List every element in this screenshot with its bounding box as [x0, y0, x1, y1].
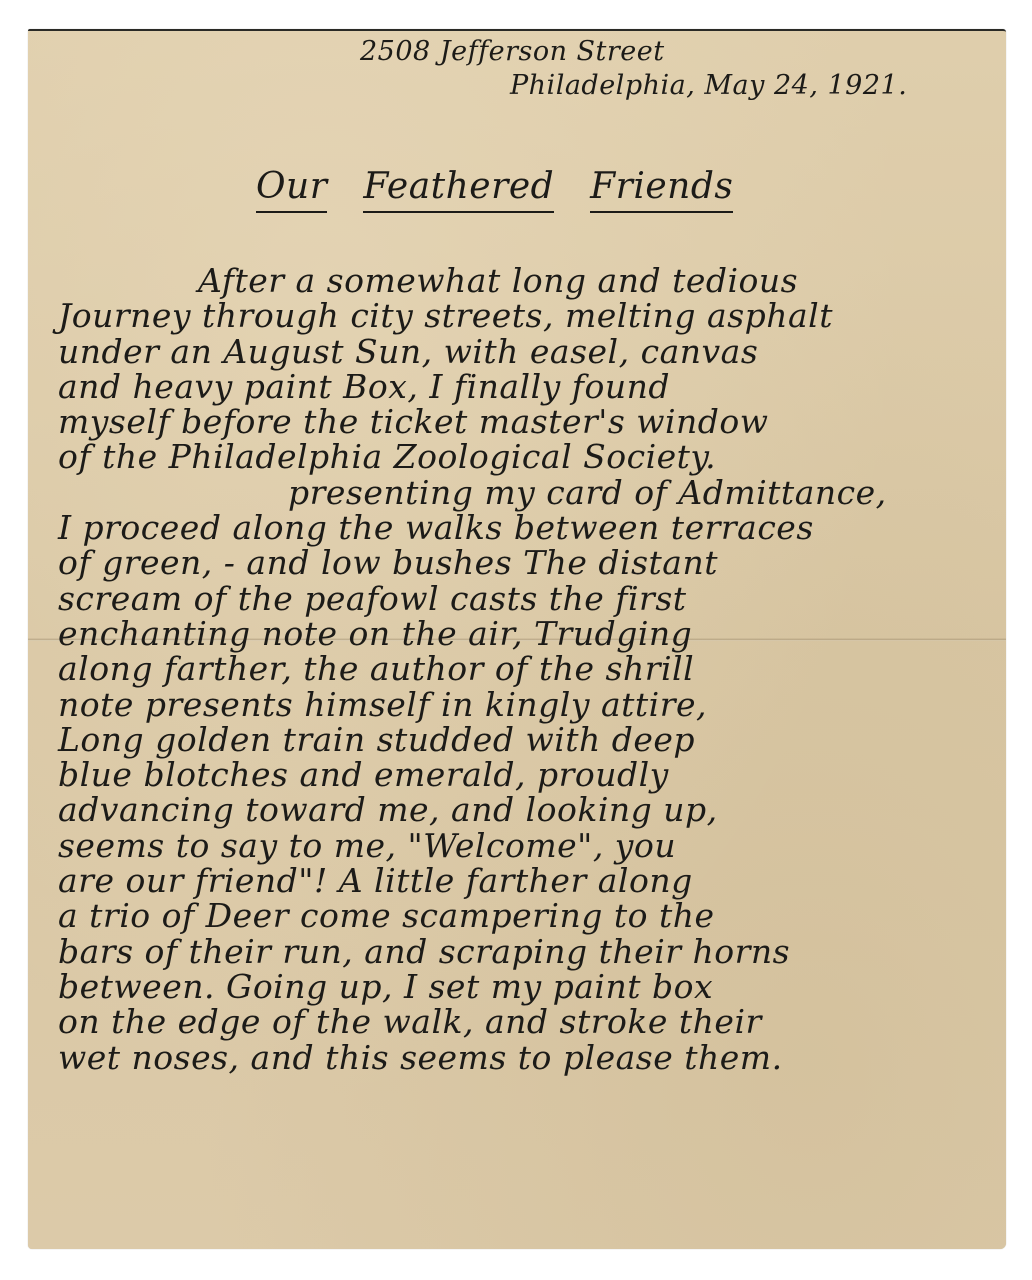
body-line: on the edge of the walk, and stroke thei…: [58, 1004, 887, 1039]
letter-title: Our Feathered Friends: [256, 166, 757, 213]
address-line: 2508 Jefferson Street: [360, 36, 665, 67]
body-line: After a somewhat long and tedious: [58, 263, 887, 298]
letter-heading: 2508 Jefferson Street Philadelphia, May …: [360, 35, 907, 103]
body-line: note presents himself in kingly attire,: [58, 687, 887, 722]
body-line: I proceed along the walks between terrac…: [58, 510, 887, 545]
body-line: advancing toward me, and looking up,: [58, 792, 887, 827]
letter-body: After a somewhat long and tedious Journe…: [58, 263, 887, 1075]
title-word: Feathered: [363, 166, 554, 213]
body-line: blue blotches and emerald, proudly: [58, 757, 887, 792]
body-line: seems to say to me, "Welcome", you: [58, 828, 887, 863]
title-word: Friends: [590, 166, 733, 213]
body-line: are our friend"! A little farther along: [58, 863, 887, 898]
body-line: and heavy paint Box, I finally found: [58, 369, 887, 404]
letter-page: 2508 Jefferson Street Philadelphia, May …: [28, 29, 1006, 1249]
body-line: of the Philadelphia Zoological Society.: [58, 439, 887, 474]
body-line: myself before the ticket master's window: [58, 404, 887, 439]
body-line: bars of their run, and scraping their ho…: [58, 934, 887, 969]
body-line: under an August Sun, with easel, canvas: [58, 334, 887, 369]
body-line: presenting my card of Admittance,: [58, 475, 887, 510]
body-line: between. Going up, I set my paint box: [58, 969, 887, 1004]
body-line: wet noses, and this seems to please them…: [58, 1040, 887, 1075]
city-date-line: Philadelphia, May 24, 1921.: [360, 69, 907, 103]
title-word: Our: [256, 166, 327, 213]
body-line: Journey through city streets, melting as…: [58, 298, 887, 333]
body-line: of green, - and low bushes The distant: [58, 545, 887, 580]
body-line: a trio of Deer come scampering to the: [58, 898, 887, 933]
body-line: scream of the peafowl casts the first: [58, 581, 887, 616]
body-line: along farther, the author of the shrill: [58, 651, 887, 686]
body-line: enchanting note on the air, Trudging: [58, 616, 887, 651]
body-line: Long golden train studded with deep: [58, 722, 887, 757]
